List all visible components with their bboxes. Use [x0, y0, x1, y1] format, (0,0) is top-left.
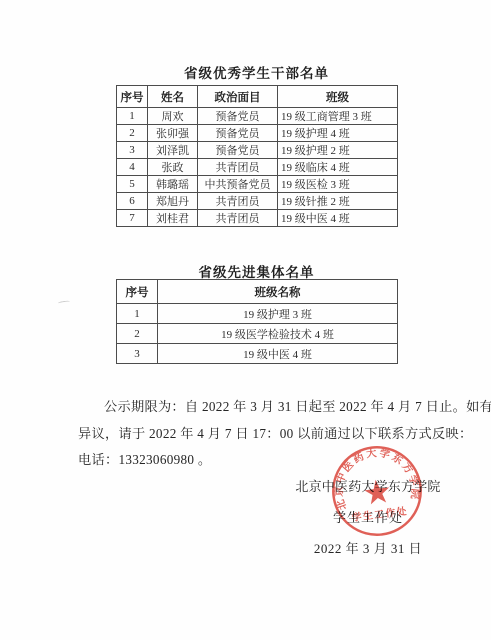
cell-politics: 预备党员	[198, 125, 278, 142]
cell-name: 刘桂君	[148, 210, 198, 227]
scan-artifact	[58, 300, 70, 305]
cell-no: 4	[117, 159, 148, 176]
advanced-collective-table: 序号 班级名称 1 19 级护理 3 班 2 19 级医学检验技术 4 班 3 …	[116, 279, 398, 364]
table-row: 2 张卯强 预备党员 19 级护理 4 班	[117, 125, 398, 142]
cell-class: 19 级针推 2 班	[278, 193, 398, 210]
cell-name: 刘泽凯	[148, 142, 198, 159]
cell-no: 3	[117, 142, 148, 159]
col-header-no: 序号	[117, 280, 158, 304]
cell-name: 郑旭丹	[148, 193, 198, 210]
cell-name: 韩璐瑶	[148, 176, 198, 193]
document-page: 省级优秀学生干部名单 序号 姓名 政治面目 班级 1 周欢 预备党员 19 级工…	[0, 0, 491, 640]
cell-no: 5	[117, 176, 148, 193]
public-notice-paragraph: 公示期限为：自 2022 年 3 月 31 日起至 2022 年 4 月 7 日…	[78, 394, 448, 474]
section1-title: 省级优秀学生干部名单	[116, 62, 397, 82]
table-header-row: 序号 班级名称	[117, 280, 398, 304]
cell-no: 1	[117, 304, 158, 324]
cell-no: 2	[117, 125, 148, 142]
cell-class: 19 级医学检验技术 4 班	[158, 324, 398, 344]
cell-class: 19 级护理 3 班	[158, 304, 398, 324]
notice-line-1: 公示期限为：自 2022 年 3 月 31 日起至 2022 年 4 月 7 日…	[78, 394, 448, 421]
section2-title: 省级先进集体名单	[116, 261, 397, 281]
col-header-class: 班级	[278, 86, 398, 108]
signature-date: 2022 年 3 月 31 日	[288, 538, 448, 557]
cell-politics: 预备党员	[198, 142, 278, 159]
table-row: 1 19 级护理 3 班	[117, 304, 398, 324]
table-header-row: 序号 姓名 政治面目 班级	[117, 86, 398, 108]
table-row: 6 郑旭丹 共青团员 19 级针推 2 班	[117, 193, 398, 210]
table-row: 5 韩璐瑶 中共预备党员 19 级医检 3 班	[117, 176, 398, 193]
cell-politics: 共青团员	[198, 159, 278, 176]
notice-line-2: 异议，请于 2022 年 4 月 7 日 17：00 以前通过以下联系方式反映：	[78, 421, 448, 448]
cell-politics: 共青团员	[198, 193, 278, 210]
table-row: 3 刘泽凯 预备党员 19 级护理 2 班	[117, 142, 398, 159]
cell-politics: 共青团员	[198, 210, 278, 227]
signature-dept: 学生工作处	[288, 507, 448, 526]
col-header-politics: 政治面目	[198, 86, 278, 108]
table-row: 7 刘桂君 共青团员 19 级中医 4 班	[117, 210, 398, 227]
cell-politics: 预备党员	[198, 108, 278, 125]
cell-no: 7	[117, 210, 148, 227]
cell-name: 周欢	[148, 108, 198, 125]
signature-block: 北京中医药大学东方学院 学生工作处 2022 年 3 月 31 日	[288, 476, 448, 557]
cell-class: 19 级护理 4 班	[278, 125, 398, 142]
cell-no: 2	[117, 324, 158, 344]
cell-class: 19 级临床 4 班	[278, 159, 398, 176]
student-cadre-table: 序号 姓名 政治面目 班级 1 周欢 预备党员 19 级工商管理 3 班 2 张…	[116, 85, 398, 227]
table-row: 1 周欢 预备党员 19 级工商管理 3 班	[117, 108, 398, 125]
cell-name: 张卯强	[148, 125, 198, 142]
cell-class: 19 级护理 2 班	[278, 142, 398, 159]
signature-org: 北京中医药大学东方学院	[288, 476, 448, 495]
cell-name: 张政	[148, 159, 198, 176]
cell-class: 19 级工商管理 3 班	[278, 108, 398, 125]
cell-class: 19 级中医 4 班	[158, 344, 398, 364]
cell-no: 6	[117, 193, 148, 210]
notice-line-3: 电话：13323060980 。	[78, 447, 448, 474]
cell-class: 19 级医检 3 班	[278, 176, 398, 193]
col-header-name: 姓名	[148, 86, 198, 108]
cell-no: 1	[117, 108, 148, 125]
table-row: 2 19 级医学检验技术 4 班	[117, 324, 398, 344]
col-header-class-name: 班级名称	[158, 280, 398, 304]
col-header-no: 序号	[117, 86, 148, 108]
cell-politics: 中共预备党员	[198, 176, 278, 193]
table-row: 3 19 级中医 4 班	[117, 344, 398, 364]
cell-class: 19 级中医 4 班	[278, 210, 398, 227]
table-row: 4 张政 共青团员 19 级临床 4 班	[117, 159, 398, 176]
cell-no: 3	[117, 344, 158, 364]
